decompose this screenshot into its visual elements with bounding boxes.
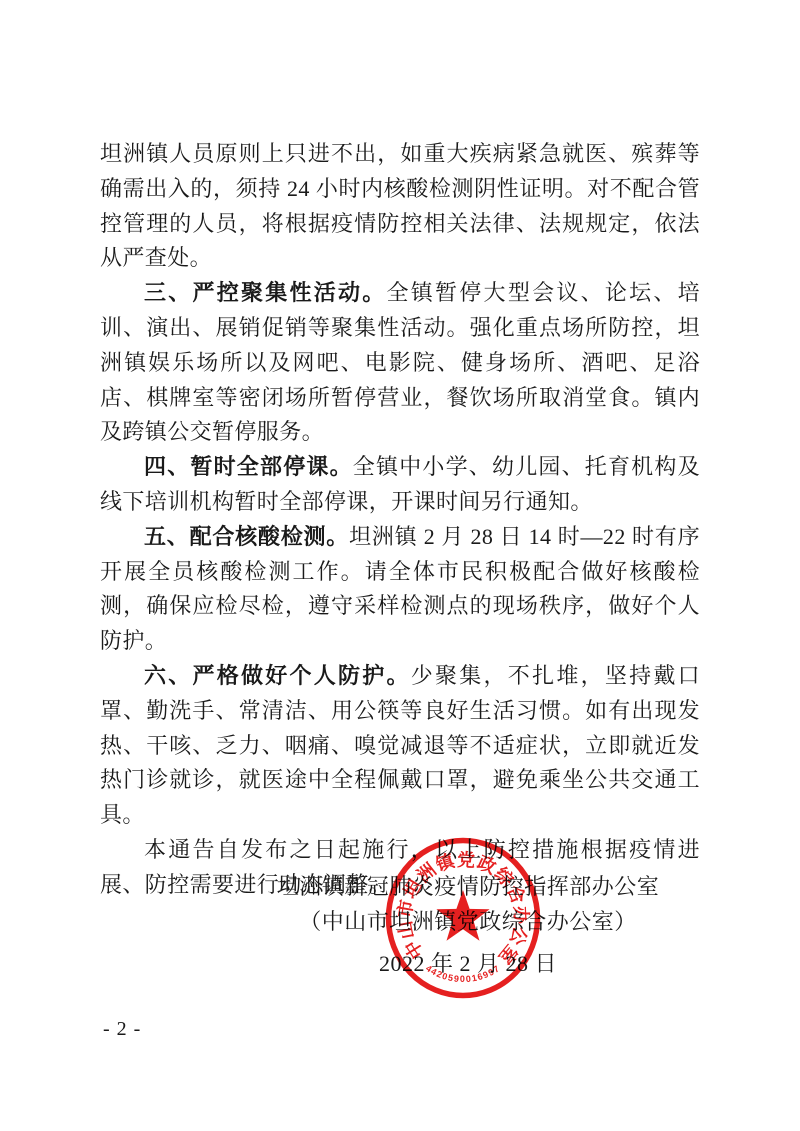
- page-number: - 2 -: [103, 1018, 141, 1041]
- paragraph-text: 坦洲镇人员原则上只进不出，如重大疾病紧急就医、殡葬等确需出入的，须持 24 小时…: [100, 141, 700, 270]
- star-icon: [436, 890, 489, 941]
- paragraph: 坦洲镇人员原则上只进不出，如重大疾病紧急就医、殡葬等确需出入的，须持 24 小时…: [100, 137, 700, 276]
- svg-text:4420590016997: 4420590016997: [424, 963, 502, 984]
- official-seal: 中山市坦洲镇党政综合办公室 4420590016997: [383, 836, 543, 1000]
- paragraph: 三、严控聚集性活动。全镇暂停大型会议、论坛、培训、演出、展销促销等聚集性活动。强…: [100, 276, 700, 450]
- paragraph-heading: 三、严控聚集性活动。: [144, 280, 387, 305]
- paragraph-heading: 六、严格做好个人防护。: [144, 663, 411, 688]
- paragraph-heading: 四、暂时全部停课。: [144, 454, 353, 479]
- paragraph-heading: 五、配合核酸检测。: [144, 524, 349, 549]
- paragraph: 六、严格做好个人防护。少聚集，不扎堆，坚持戴口罩、勤洗手、常清洁、用公筷等良好生…: [100, 659, 700, 833]
- document-page: 坦洲镇人员原则上只进不出，如重大疾病紧急就医、殡葬等确需出入的，须持 24 小时…: [0, 0, 800, 1131]
- paragraph: 四、暂时全部停课。全镇中小学、幼儿园、托育机构及线下培训机构暂时全部停课，开课时…: [100, 450, 700, 520]
- seal-code: 4420590016997: [424, 963, 502, 984]
- document-body: 坦洲镇人员原则上只进不出，如重大疾病紧急就医、殡葬等确需出入的，须持 24 小时…: [100, 137, 700, 903]
- paragraph: 五、配合核酸检测。坦洲镇 2 月 28 日 14 时—22 时有序开展全员核酸检…: [100, 520, 700, 659]
